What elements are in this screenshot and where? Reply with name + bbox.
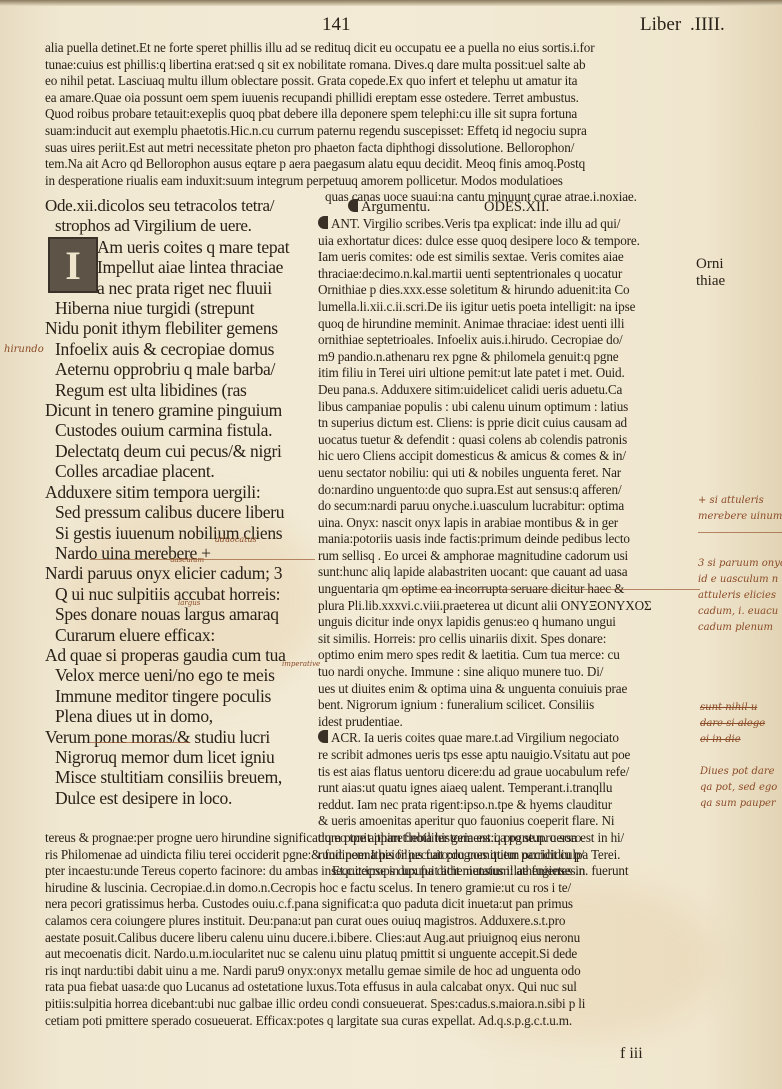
ode-title: strophos ad Virgilium de uere. xyxy=(45,216,310,236)
printed-margin-note: Orni thiae xyxy=(696,256,725,290)
handwritten-margin-note: 3 si paruum onyche id e uasculum n attul… xyxy=(698,556,782,636)
handwritten-margin-note: + si attuleris merebere uinum xyxy=(698,493,782,525)
verse-line: Infoelix auis & cecropiae domus xyxy=(45,339,310,359)
verse-line: Adduxere sitim tempora uergili: xyxy=(45,482,310,502)
commentary-line: Iam ueris comites: ode est similis sexta… xyxy=(318,249,696,266)
pilcrow-icon xyxy=(318,730,328,743)
folio-number: 141 xyxy=(322,14,351,36)
commentary-line: sunt:hunc aliq lapide alabastriten uocan… xyxy=(318,564,696,581)
verse-line: Delectatq deum cui pecus/& nigri xyxy=(45,441,310,461)
commentary-line: idest prudentiae. xyxy=(318,714,696,731)
verse-line: Velox merce ueni/no ego te meis xyxy=(45,665,310,685)
handwritten-note: uasculum xyxy=(170,552,204,568)
verse-line: Regum est ulta libidines (ras xyxy=(45,380,310,400)
commentary-line: runt aias:ut quatu ignes aiaeq ualent. T… xyxy=(318,780,696,797)
bottom-commentary: tereus & prognae:per progne uero hirundi… xyxy=(45,830,705,1029)
commentary-line: suas uires periit.Est aut metri necessit… xyxy=(45,140,705,157)
commentary-line: m9 pandio.n.athenaru rex pgne & philomel… xyxy=(318,349,696,366)
commentary-line: ANT. Virgilio scribes.Veris tpa explicat… xyxy=(318,216,696,233)
commentary-line: ornithiae septetrioales. Infoelix auis.i… xyxy=(318,332,696,349)
book-number: .IIII. xyxy=(690,14,725,36)
commentary-line: optimo enim mero spes redit & laetitia. … xyxy=(318,647,696,664)
commentary-line: uenu sectator nobiliu: qui uti & nobiles… xyxy=(318,465,696,482)
verse-line: Si gestis iuuenum nobilium cliens xyxy=(45,523,310,543)
commentary-line: do:nardino unguento:de quo supra.Est aut… xyxy=(318,482,696,499)
verse-line: Custodes ouium carmina fistula. xyxy=(45,420,310,440)
ink-underline xyxy=(400,589,700,590)
commentary-line: Quod roibus probare tetauit:exeplis quoq… xyxy=(45,106,705,123)
verse-line: Aeternu opprobriu q male barba/ xyxy=(45,359,310,379)
commentary-line: pter incaestu:unde Tereus coperto facino… xyxy=(45,863,705,880)
commentary-line: ues ut diuites enim & optima uina & ungu… xyxy=(318,681,696,698)
handwritten-note: imperative xyxy=(282,656,320,672)
ink-rule xyxy=(698,532,782,533)
verse-line: Curarum eluere efficax: xyxy=(45,625,310,645)
verse-line: Colles arcadiae placent. xyxy=(45,461,310,481)
commentary-line: hirudine & luscinia. Cecropiae.d.in domo… xyxy=(45,880,705,897)
commentary-line: ACR. Ia ueris coites quae mare.t.ad Virg… xyxy=(318,730,696,747)
commentary-line: libus campaniae populis : ubi calenu uin… xyxy=(318,399,696,416)
verse-line: Nigroruq memor dum licet igniu xyxy=(45,747,310,767)
commentary-line: alia puella detinet.Et ne forte speret p… xyxy=(45,40,705,57)
commentary-line: ris inqt nardu:tibi dabit uinu a me. Nar… xyxy=(45,963,705,980)
handwritten-margin-note-struck: sunt nihil u dare si alege ei in die xyxy=(700,700,765,748)
commentary-line: hic uero Cliens accipit domesticus & ami… xyxy=(318,448,696,465)
commentary-line: reddut. Iam nec prata rigent:ipso.n.tpe … xyxy=(318,797,696,814)
ink-underline xyxy=(90,559,315,560)
commentary-line: uocatus tuetur & defendit : quasi colens… xyxy=(318,432,696,449)
commentary-line: unguis dicitur inde onyx lapidis genus:e… xyxy=(318,614,696,631)
commentary-line: plura Pli.lib.xxxvi.c.viii.praeterea ut … xyxy=(318,598,696,615)
argument-label: Argumentu. xyxy=(361,199,430,215)
commentary-line: tem.Na ait Acro qd Bellorophon ausus eqt… xyxy=(45,156,705,173)
commentary-line: lumella.li.xii.c.ii.scri.De iis igitur u… xyxy=(318,299,696,316)
commentary-line: do secum:nardi paruu onyche.i.uasculum l… xyxy=(318,498,696,515)
commentary-line: ea amare.Quae oia possunt oem spem iuuen… xyxy=(45,90,705,107)
pilcrow-icon xyxy=(318,216,328,229)
commentary-line: tn superius dictum est. Cliens: is pprie… xyxy=(318,415,696,432)
commentary-line: bent. Nigrorum ignium : funeralium scili… xyxy=(318,697,696,714)
commentary-line: Ornithiae p dies.xxx.esse soletitum & hi… xyxy=(318,282,696,299)
verse-line: Sed pressum calibus ducere liberu xyxy=(45,502,310,522)
commentary-line: & ueris amoenitas aperitur quo fauonius … xyxy=(318,813,696,830)
ode-title: Ode.xii.dicolos seu tetracolos tetra/ xyxy=(45,196,310,216)
verse-line: Misce stultitiam consiliis breuem, xyxy=(45,767,310,787)
commentary-line: itim filiu in Terei uiri ultione pemit:u… xyxy=(318,365,696,382)
commentary-line: tunae:cuius est phillis:q libertina erat… xyxy=(45,57,705,74)
verse-line: Verum pone moras/& studiu lucri xyxy=(45,727,310,747)
running-title: Liber xyxy=(640,14,681,36)
commentary-line: uia exhortatur dices: dulce esse quoq de… xyxy=(318,233,696,250)
commentary-line: quoq de hirundine meminit. Animae thraci… xyxy=(318,316,696,333)
commentary-line: thraciae:decimo.n.kal.martii uenti septe… xyxy=(318,266,696,283)
decorated-initial: I xyxy=(48,237,98,293)
commentary-line: suam:inducit aut exemplu phaetotis.Hic.n… xyxy=(45,123,705,140)
top-commentary: alia puella detinet.Et ne forte speret p… xyxy=(45,40,705,206)
verse-line: Plena diues ut in domo, xyxy=(45,706,310,726)
book-page: 141 Liber .IIII. alia puella detinet.Et … xyxy=(0,0,782,1089)
commentary-line: aestate posuit.Calibus ducere liberu cal… xyxy=(45,930,705,947)
verse-line: Hiberna niue turgidi (strepunt xyxy=(45,298,310,318)
argument-heading: Argumentu. ODES.XII. xyxy=(348,199,549,216)
commentary-line: cetiam poti pmittere sperado cosueuerat.… xyxy=(45,1013,705,1030)
argument-commentary: ANT. Virgilio scribes.Veris tpa explicat… xyxy=(318,216,696,880)
commentary-line: Deu pana.s. Adduxere sitim:uidelicet cal… xyxy=(318,382,696,399)
handwritten-margin-note: Diues pot dare qa pot, sed ego qa sum pa… xyxy=(700,764,777,812)
handwritten-note: largus xyxy=(178,595,200,611)
verse-line: Immune meditor tingere poculis xyxy=(45,686,310,706)
commentary-line: tis est aias flatus uentoru dicere:du ad… xyxy=(318,764,696,781)
handwritten-note: hirundo xyxy=(4,342,44,358)
commentary-line: aut mecoenatis dicit. Nardo.u.m.ioculari… xyxy=(45,946,705,963)
ode-number: ODES.XII. xyxy=(484,199,549,215)
commentary-line: tuo nardi onyche. Immune : sine aliquo m… xyxy=(318,664,696,681)
commentary-line: rata pua fiebat uasa:de quo Lucanus ad o… xyxy=(45,979,705,996)
verse-line: Dulce est desipere in loco. xyxy=(45,788,310,808)
commentary-line: re scribit admones ueris tps esse aptu n… xyxy=(318,747,696,764)
commentary-line: tereus & prognae:per progne uero hirundi… xyxy=(45,830,705,847)
commentary-line: pitiis:sulpitia horrea dicebant:ubi nuc … xyxy=(45,996,705,1013)
commentary-line: ris Philomenae ad uindicta filiu terei o… xyxy=(45,847,705,864)
commentary-line: in desperatione riualis eam induxit:suum… xyxy=(45,173,705,190)
commentary-line: rum sellisq . Eo urcei & amphorae magnit… xyxy=(318,548,696,565)
commentary-line: uina. Onyx: nascit onyx lapis in arabiae… xyxy=(318,515,696,532)
commentary-line: sit similis. Horreis: pro cellis uinarii… xyxy=(318,631,696,648)
handwritten-note: aduocatus xyxy=(215,532,257,548)
page-top-edge xyxy=(0,0,782,6)
ink-underline xyxy=(90,742,190,743)
pilcrow-icon xyxy=(348,199,358,212)
verse-line: Ad quae si properas gaudia cum tua xyxy=(45,645,310,665)
commentary-line: calamos cera coiungere plures instituit.… xyxy=(45,913,705,930)
signature-mark: f iii xyxy=(620,1045,643,1063)
page-header: 141 Liber .IIII. xyxy=(0,14,782,38)
commentary-line: nera pecori gratissimus herba. Custodes … xyxy=(45,896,705,913)
commentary-line: eo nihil petat. Lasciuaq multu illum obl… xyxy=(45,73,705,90)
verse-line: Nidu ponit ithym flebiliter gemens xyxy=(45,318,310,338)
verse-line: Dicunt in tenero gramine pinguium xyxy=(45,400,310,420)
commentary-line: mania:potoriis uasis inde factis:primum … xyxy=(318,531,696,548)
